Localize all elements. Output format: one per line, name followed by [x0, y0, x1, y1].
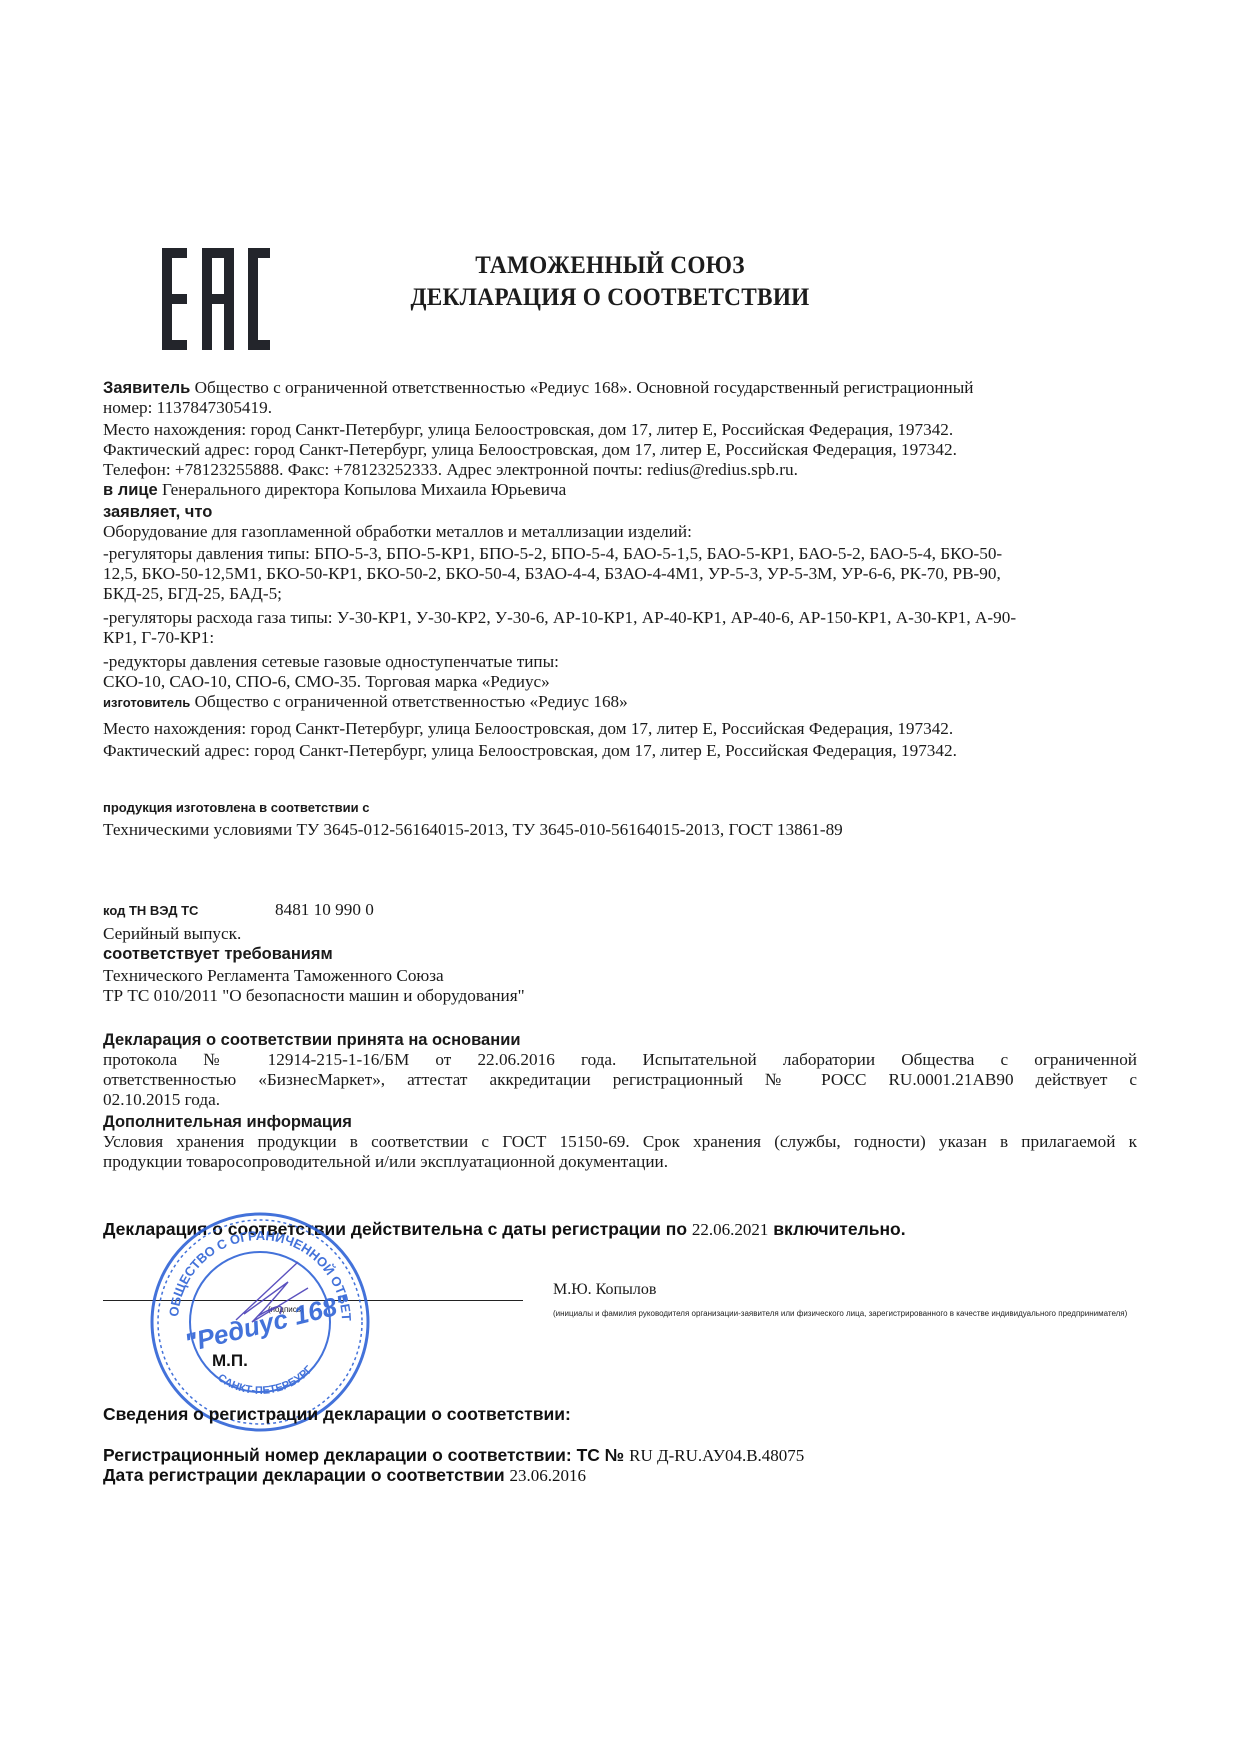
compliance-label: продукция изготовлена в соответствии с [103, 798, 1137, 818]
applicant-section: Заявитель Общество с ограниченной ответс… [103, 378, 1137, 761]
stamp-bottom-text: САНКТ-ПЕТЕРБУРГ [215, 1363, 315, 1397]
flow-regulators-1: -регуляторы расхода газа типы: У-30-КР1,… [103, 608, 1137, 628]
customs-code-label: код ТН ВЭД ТС [103, 901, 275, 921]
additional-line1: Условия хранения продукции в соответстви… [103, 1132, 1137, 1152]
validity-date: 22.06.2021 [692, 1220, 769, 1239]
flow-regulators-2: КР1, Г-70-КР1: [103, 628, 1137, 648]
eac-mark-icon [162, 248, 270, 350]
registration-date-label: Дата регистрации декларации о соответств… [103, 1465, 510, 1485]
customs-code-value: 8481 10 990 0 [275, 900, 374, 919]
applicant-contacts: Телефон: +78123255888. Факс: +7812325233… [103, 460, 1137, 480]
applicant-actual-address: Фактический адрес: город Санкт-Петербург… [103, 440, 1137, 460]
svg-text:САНКТ-ПЕТЕРБУРГ: САНКТ-ПЕТЕРБУРГ [215, 1363, 315, 1397]
compliance-text: Техническими условиями ТУ 3645-012-56164… [103, 820, 1137, 840]
registration-number-value: RU Д-RU.АУ04.В.48075 [629, 1446, 804, 1465]
registration-heading: Сведения о регистрации декларации о соот… [103, 1404, 571, 1424]
reducers-2: СКО-10, САО-10, СПО-6, СМО-35. Торговая … [103, 672, 1137, 692]
pressure-regulators-1: -регуляторы давления типы: БПО-5-3, БПО-… [103, 544, 1137, 564]
customs-section: код ТН ВЭД ТС8481 10 990 0 Серийный выпу… [103, 900, 1137, 1006]
basis-line1: протокола № 12914-215-1-16/БМ от 22.06.2… [103, 1050, 1137, 1070]
pressure-regulators-2: 12,5, БКО-50-12,5М1, БКО-50-КР1, БКО-50-… [103, 564, 1137, 584]
title-union: ТАМОЖЕННЫЙ СОЮЗ [350, 250, 871, 282]
registration-number: Регистрационный номер декларации о соотв… [103, 1445, 804, 1466]
person-name: Генерального директора Копылова Михаила … [158, 480, 567, 499]
requirements-line2: ТР ТС 010/2011 "О безопасности машин и о… [103, 986, 1137, 1006]
requirements-label: соответствует требованиям [103, 944, 1137, 964]
registration-date-value: 23.06.2016 [510, 1466, 587, 1485]
requirements-line1: Технического Регламента Таможенного Союз… [103, 966, 1137, 986]
basis-line3: 02.10.2015 года. [103, 1090, 1137, 1110]
products-intro: Оборудование для газопламенной обработки… [103, 522, 1137, 542]
basis-section: Декларация о соответствии принята на осн… [103, 1030, 1137, 1172]
validity-suffix: включительно. [768, 1219, 905, 1239]
company-seal-icon: ОБЩЕСТВО С ОГРАНИЧЕННОЙ ОТВЕТСТВЕННОСТЬЮ… [148, 1210, 372, 1434]
signatory-name-caption: (инициалы и фамилия руководителя организ… [553, 1309, 1133, 1319]
manufacturer-actual-address: Фактический адрес: город Санкт-Петербург… [103, 741, 1137, 761]
stamp-center-text: "Редиус 168" [182, 1288, 353, 1358]
manufacturer-name: Общество с ограниченной ответственностью… [190, 692, 627, 711]
person-label: в лице [103, 481, 158, 499]
pressure-regulators-3: БКД-25, БГД-25, БАД-5; [103, 584, 1137, 604]
additional-line2: продукции товаросопроводительной и/или э… [103, 1152, 1137, 1172]
applicant-label: Заявитель [103, 379, 190, 397]
applicant-ogrn: номер: 1137847305419. [103, 398, 1137, 418]
manufacturer-label: изготовитель [103, 695, 190, 710]
title-declaration: ДЕКЛАРАЦИЯ О СООТВЕТСТВИИ [350, 282, 871, 314]
declares-label: заявляет, что [103, 502, 1137, 522]
basis-line2: ответственностью «БизнесМаркет», аттеста… [103, 1070, 1137, 1090]
additional-label: Дополнительная информация [103, 1112, 1137, 1132]
registration-date: Дата регистрации декларации о соответств… [103, 1465, 586, 1486]
compliance-section: продукция изготовлена в соответствии с Т… [103, 798, 1137, 840]
reducers-1: -редукторы давления сетевые газовые одно… [103, 652, 1137, 672]
registration-number-label: Регистрационный номер декларации о соотв… [103, 1445, 629, 1465]
manufacturer-location: Место нахождения: город Санкт-Петербург,… [103, 719, 1137, 739]
applicant-location: Место нахождения: город Санкт-Петербург,… [103, 420, 1137, 440]
applicant-name: Общество с ограниченной ответственностью… [190, 378, 973, 397]
basis-label: Декларация о соответствии принята на осн… [103, 1030, 1137, 1050]
signatory-name: М.Ю. Копылов [553, 1281, 656, 1299]
production-type: Серийный выпуск. [103, 924, 1137, 944]
document-title: ТАМОЖЕННЫЙ СОЮЗ ДЕКЛАРАЦИЯ О СООТВЕТСТВИ… [350, 250, 871, 314]
